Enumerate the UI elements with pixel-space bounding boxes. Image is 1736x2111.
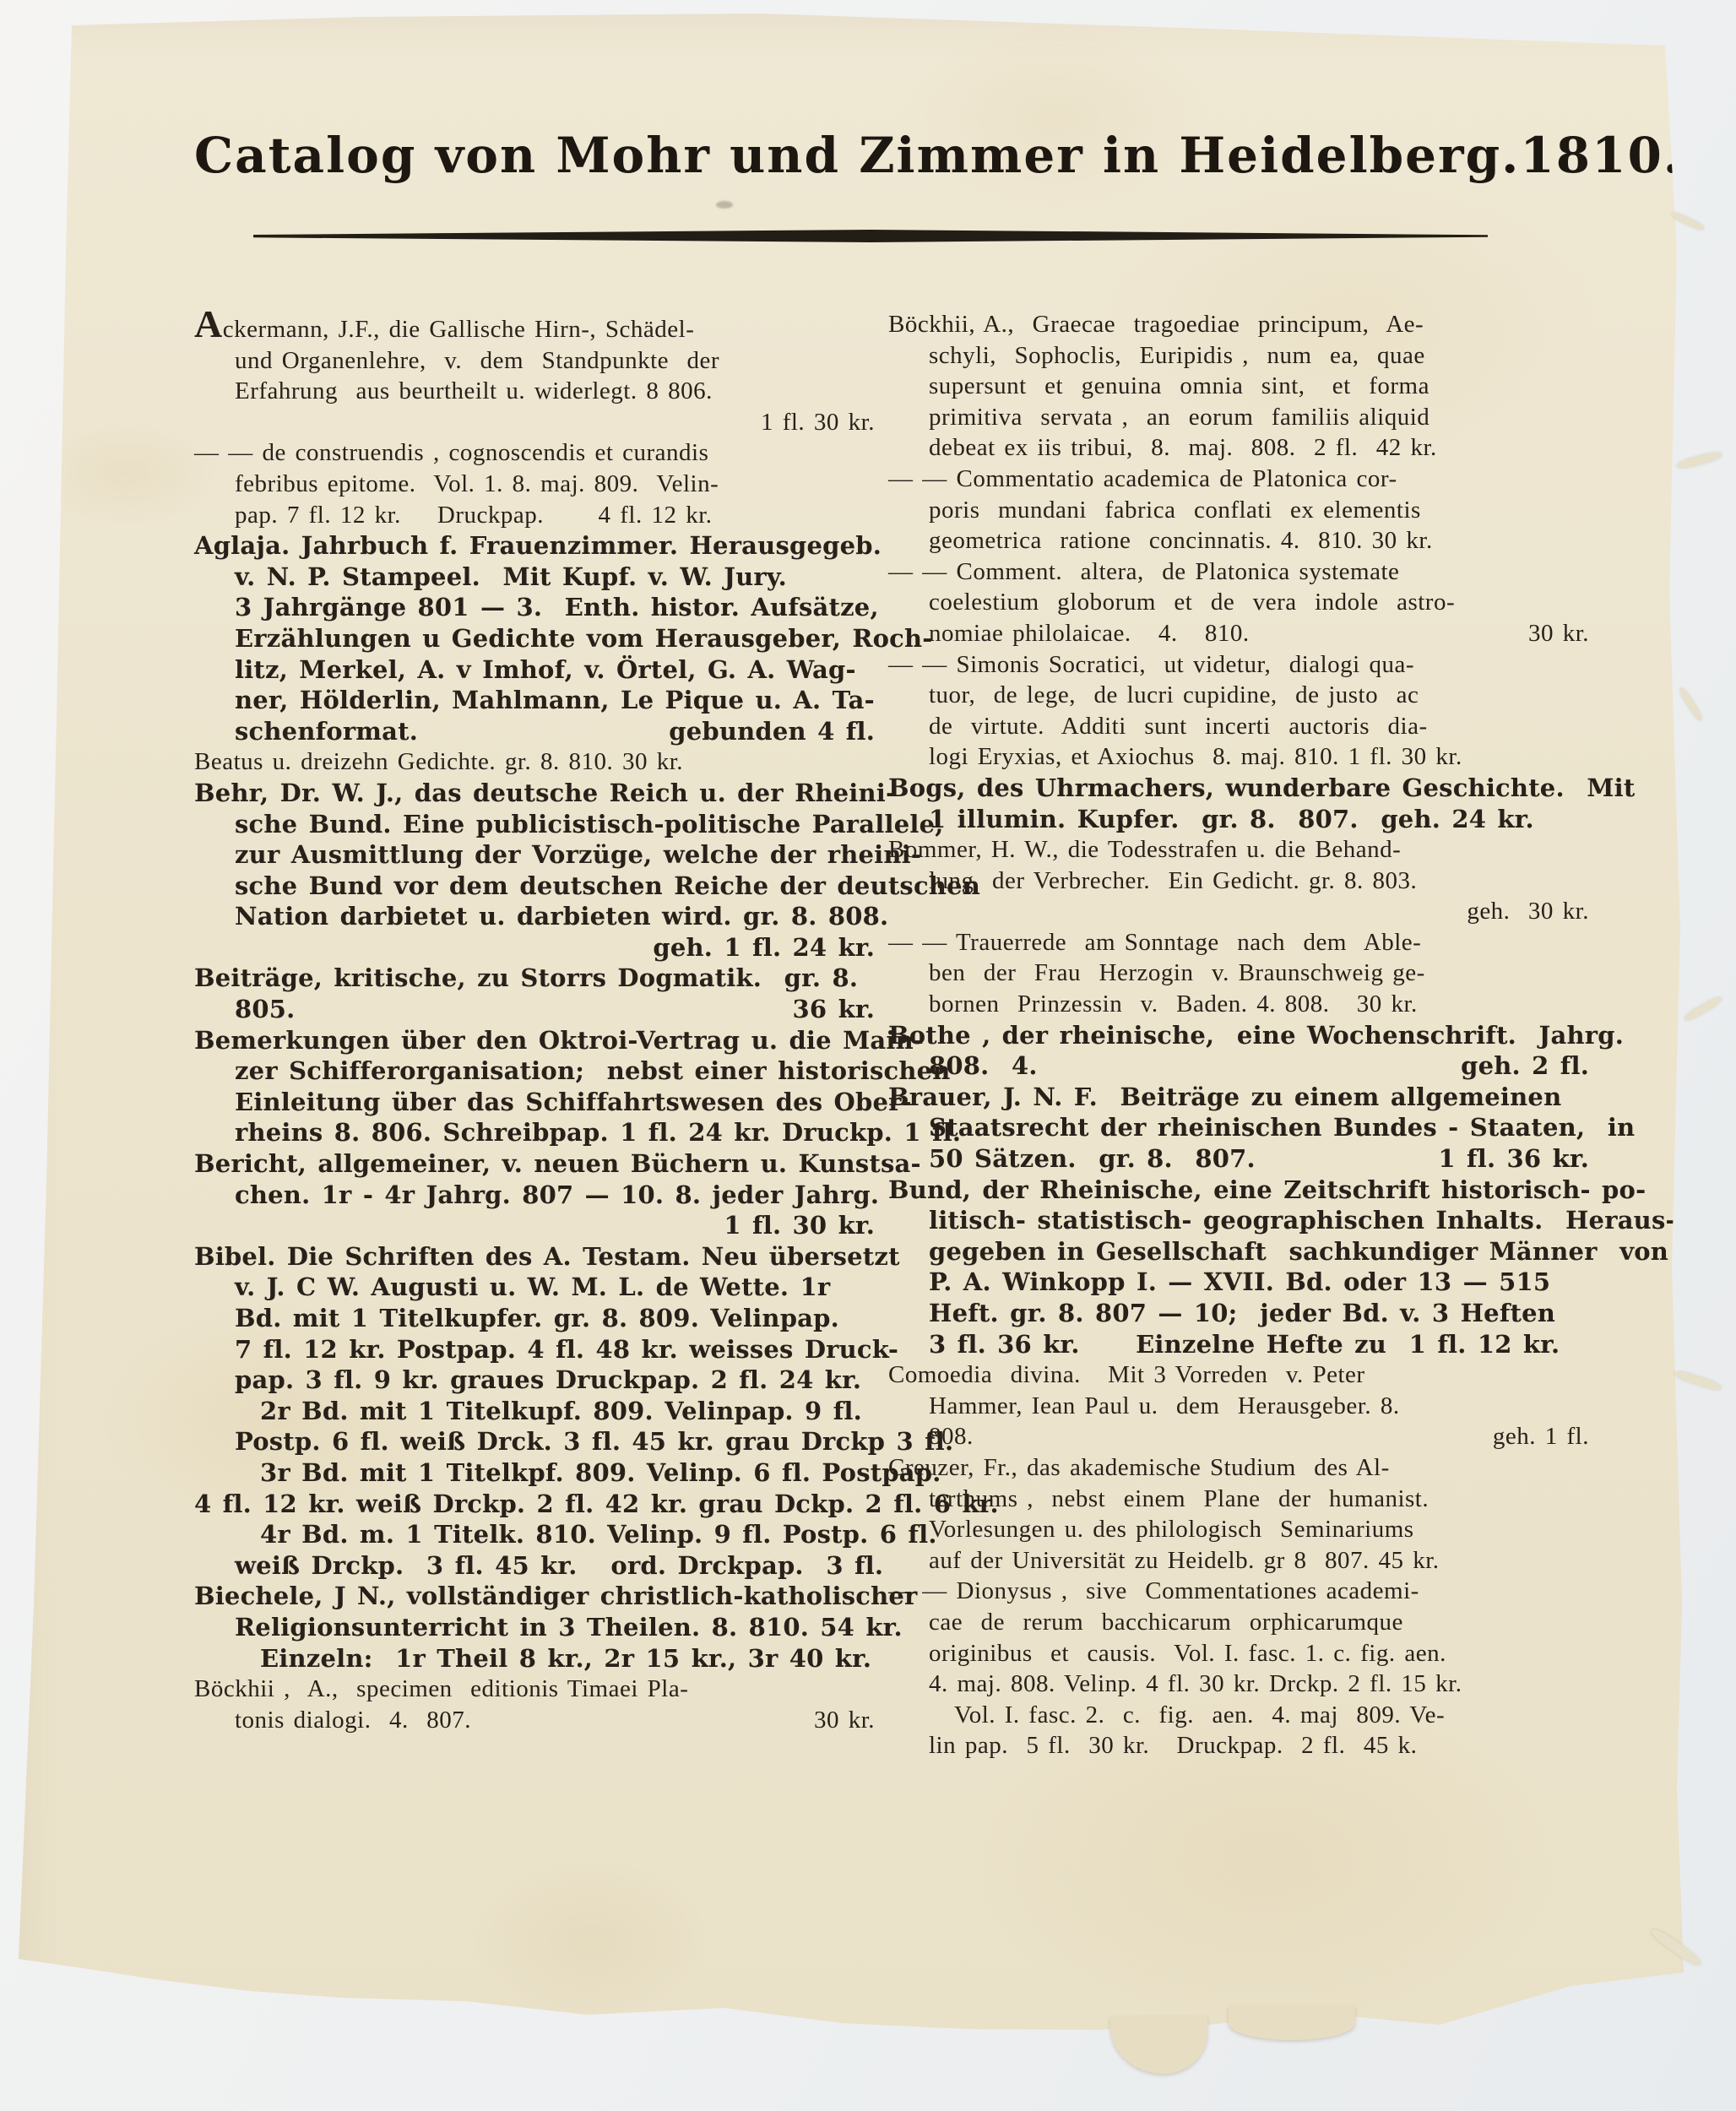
entry-line: 50 Sätzen. gr. 8. 807.1 fl. 36 kr. — [888, 1143, 1589, 1175]
entry-line: 4 fl. 12 kr. weiß Drckp. 2 fl. 42 kr. gr… — [194, 1489, 875, 1520]
catalog-entry: Creuzer, Fr., das akademische Studium de… — [888, 1452, 1589, 1576]
entry-line: debeat ex iis tribui, 8. maj. 808. 2 fl.… — [888, 432, 1589, 464]
entry-line: coelestium globorum et de vera indole as… — [888, 587, 1589, 618]
entry-line: Vorlesungen u. des philologisch Seminari… — [888, 1514, 1589, 1545]
entry-line: tuor, de lege, de lucri cupidine, de jus… — [888, 680, 1589, 711]
entry-line: Bericht, allgemeiner, v. neuen Büchern u… — [194, 1148, 875, 1180]
entry-line: schenformat.gebunden 4 fl. — [194, 716, 875, 747]
entry-line: terthums , nebst einem Plane der humanis… — [888, 1484, 1589, 1515]
entry-line: poris mundani fabrica conflati ex elemen… — [888, 495, 1589, 526]
entry-line-text: schenformat. — [235, 716, 418, 747]
entry-line: sche Bund vor dem deutschen Reiche der d… — [194, 871, 875, 902]
catalog-entry: Bibel. Die Schriften des A. Testam. Neu … — [194, 1241, 875, 1582]
entry-line: primitiva servata , an eorum familiis al… — [888, 402, 1589, 433]
entry-line-text: tonis dialogi. 4. 807. — [235, 1705, 471, 1736]
entry-line: auf der Universität zu Heidelb. gr 8 807… — [888, 1545, 1589, 1576]
entry-line: 7 fl. 12 kr. Postpap. 4 fl. 48 kr. weiss… — [194, 1334, 875, 1365]
entry-line: Behr, Dr. W. J., das deutsche Reich u. d… — [194, 778, 875, 809]
entry-line: gegeben in Gesellschaft sachkundiger Män… — [888, 1236, 1589, 1267]
paper-fiber — [1676, 450, 1723, 470]
catalog-entry: — — Trauerrede am Sonntage nach dem Able… — [888, 927, 1589, 1020]
catalog-entry: Aglaja. Jahrbuch f. Frauenzimmer. Heraus… — [194, 530, 875, 746]
entry-line: Einzeln: 1r Theil 8 kr., 2r 15 kr., 3r 4… — [194, 1643, 875, 1674]
entry-line: Ackermann, J.F., die Gallische Hirn-, Sc… — [194, 309, 875, 345]
entry-line: Heft. gr. 8. 807 — 10; jeder Bd. v. 3 He… — [888, 1298, 1589, 1329]
page-header: Catalog von Mohr und Zimmer in Heidelber… — [194, 127, 1564, 184]
entry-line: — — Commentatio academica de Platonica c… — [888, 464, 1589, 495]
entry-line: Religionsunterricht in 3 Theilen. 8. 810… — [194, 1612, 875, 1643]
entry-line: lung der Verbrecher. Ein Gedicht. gr. 8.… — [888, 866, 1589, 897]
entry-line: und Organenlehre, v. dem Standpunkte der — [194, 345, 875, 377]
column-left: Ackermann, J.F., die Gallische Hirn-, Sc… — [194, 309, 875, 1735]
entry-line: 3r Bd. mit 1 Titelkpf. 809. Velinp. 6 fl… — [194, 1457, 875, 1489]
column-right: Böckhii, A., Graecae tragoediae principu… — [888, 309, 1589, 1761]
entry-line-price: geh. 2 fl. — [1461, 1050, 1589, 1082]
entry-line: Beatus u. dreizehn Gedichte. gr. 8. 810.… — [194, 746, 875, 778]
paper-fiber — [1674, 1369, 1722, 1392]
page-year: 1810. — [1520, 127, 1682, 184]
entry-line-price: gebunden 4 fl. — [669, 716, 875, 747]
entry-line: 4. maj. 808. Velinp. 4 fl. 30 kr. Drckp.… — [888, 1669, 1589, 1700]
entry-line: Bibel. Die Schriften des A. Testam. Neu … — [194, 1241, 875, 1273]
entry-line: de virtute. Additi sunt incerti auctoris… — [888, 711, 1589, 742]
entry-line: Creuzer, Fr., das akademische Studium de… — [888, 1452, 1589, 1484]
entry-line: 1 illumin. Kupfer. gr. 8. 807. geh. 24 k… — [888, 804, 1589, 835]
entry-line: supersunt et genuina omnia sint, et form… — [888, 371, 1589, 402]
entry-line: Böckhii, A., Graecae tragoediae principu… — [888, 309, 1589, 340]
entry-line: Bothe , der rheinische, eine Wochenschri… — [888, 1020, 1589, 1051]
entry-line: lin pap. 5 fl. 30 kr. Druckpap. 2 fl. 45… — [888, 1730, 1589, 1761]
entry-line: febribus epitome. Vol. 1. 8. maj. 809. V… — [194, 469, 875, 500]
entry-line: Bd. mit 1 Titelkupfer. gr. 8. 809. Velin… — [194, 1303, 875, 1334]
catalog-entry: Brauer, J. N. F. Beiträge zu einem allge… — [888, 1082, 1589, 1175]
entry-line: Bund, der Rheinische, eine Zeitschrift h… — [888, 1175, 1589, 1206]
entry-line: Staatsrecht der rheinischen Bundes - Sta… — [888, 1112, 1589, 1143]
entry-line: 2r Bd. mit 1 Titelkupf. 809. Velinpap. 9… — [194, 1396, 875, 1427]
entry-line: — — Comment. altera, de Platonica system… — [888, 556, 1589, 588]
paper-fiber — [1678, 686, 1704, 722]
entry-line: tonis dialogi. 4. 807.30 kr. — [194, 1705, 875, 1736]
entry-line: Aglaja. Jahrbuch f. Frauenzimmer. Heraus… — [194, 530, 875, 562]
catalog-entry: Ackermann, J.F., die Gallische Hirn-, Sc… — [194, 309, 875, 437]
catalog-entry: Bothe , der rheinische, eine Wochenschri… — [888, 1020, 1589, 1082]
catalog-entry: Biechele, J N., vollständiger christlich… — [194, 1581, 875, 1674]
entry-line: zer Schifferorganisation; nebst einer hi… — [194, 1055, 875, 1087]
entry-line: 808. 4.geh. 2 fl. — [888, 1050, 1589, 1082]
entry-line: — — Simonis Socratici, ut videtur, dialo… — [888, 649, 1589, 681]
entry-line: Brauer, J. N. F. Beiträge zu einem allge… — [888, 1082, 1589, 1113]
entry-line: geh. 1 fl. 24 kr. — [194, 932, 875, 963]
entry-line: — — Trauerrede am Sonntage nach dem Able… — [888, 927, 1589, 958]
entry-line: 4r Bd. m. 1 Titelk. 810. Velinp. 9 fl. P… — [194, 1519, 875, 1550]
entry-line: Beiträge, kritische, zu Storrs Dogmatik.… — [194, 963, 875, 994]
entry-line: Böckhii , A., specimen editionis Timaei … — [194, 1674, 875, 1705]
catalog-entry: Beatus u. dreizehn Gedichte. gr. 8. 810.… — [194, 746, 875, 778]
entry-line-price: 1 fl. 36 kr. — [1438, 1143, 1589, 1175]
entry-line: — — de construendis , cognoscendis et cu… — [194, 437, 875, 469]
entry-line: Nation darbietet u. darbieten wird. gr. … — [194, 901, 875, 932]
catalog-entry: Bogs, des Uhrmachers, wunderbare Geschic… — [888, 773, 1589, 834]
entry-line: chen. 1r - 4r Jahrg. 807 — 10. 8. jeder … — [194, 1180, 875, 1211]
entry-line-text: 808. 4. — [929, 1050, 1038, 1082]
entry-line-text: 805. — [235, 994, 295, 1025]
entry-line: ben der Frau Herzogin v. Braunschweig ge… — [888, 958, 1589, 989]
entry-line: 1 fl. 30 kr. — [194, 407, 875, 438]
entry-line: litisch- statistisch- geographischen Inh… — [888, 1205, 1589, 1236]
entry-line: geh. 30 kr. — [888, 896, 1589, 927]
paper-fiber — [1683, 995, 1723, 1023]
entry-line: Postp. 6 fl. weiß Drck. 3 fl. 45 kr. gra… — [194, 1426, 875, 1457]
catalog-entry: Bericht, allgemeiner, v. neuen Büchern u… — [194, 1148, 875, 1241]
entry-line: Biechele, J N., vollständiger christlich… — [194, 1581, 875, 1612]
entry-line: Bemerkungen über den Oktroi-Vertrag u. d… — [194, 1025, 875, 1056]
header-rule — [253, 230, 1488, 242]
catalog-entry: Böckhii , A., specimen editionis Timaei … — [194, 1674, 875, 1735]
entry-line: cae de rerum bacchicarum orphicarumque — [888, 1607, 1589, 1638]
entry-line: P. A. Winkopp I. — XVII. Bd. oder 13 — 5… — [888, 1267, 1589, 1298]
entry-line: Vol. I. fasc. 2. c. fig. aen. 4. maj 809… — [888, 1700, 1589, 1731]
catalog-entry: — — Dionysus , sive Commentationes acade… — [888, 1576, 1589, 1761]
catalog-entry: — — de construendis , cognoscendis et cu… — [194, 437, 875, 530]
entry-line: 1 fl. 30 kr. — [194, 1210, 875, 1241]
entry-line: weiß Drckp. 3 fl. 45 kr. ord. Drckpap. 3… — [194, 1550, 875, 1582]
entry-line: bornen Prinzessin v. Baden. 4. 808. 30 k… — [888, 989, 1589, 1020]
catalog-entry: Bommer, H. W., die Todesstrafen u. die B… — [888, 834, 1589, 927]
entry-line: 808.geh. 1 fl. — [888, 1421, 1589, 1452]
entry-line-price: 30 kr. — [814, 1705, 875, 1736]
catalog-entry: — — Simonis Socratici, ut videtur, dialo… — [888, 649, 1589, 773]
entry-line: geometrica ratione concinnatis. 4. 810. … — [888, 525, 1589, 556]
entry-line: pap. 7 fl. 12 kr. Druckpap. 4 fl. 12 kr. — [194, 500, 875, 531]
entry-line: nomiae philolaicae. 4. 810.30 kr. — [888, 618, 1589, 649]
catalog-entry: Comoedia divina. Mit 3 Vorreden v. Peter… — [888, 1359, 1589, 1452]
ink-smudge — [716, 201, 733, 209]
entry-line: Erzählungen u Gedichte vom Herausgeber, … — [194, 623, 875, 654]
entry-line: v. N. P. Stampeel. Mit Kupf. v. W. Jury. — [194, 562, 875, 593]
entry-line-price: geh. 1 fl. — [1493, 1421, 1589, 1452]
catalog-entry: Behr, Dr. W. J., das deutsche Reich u. d… — [194, 778, 875, 963]
entry-line: 3 Jahrgänge 801 — 3. Enth. histor. Aufsä… — [194, 592, 875, 623]
catalog-entry: Bund, der Rheinische, eine Zeitschrift h… — [888, 1175, 1589, 1360]
paper-torn-flap — [1110, 2016, 1207, 2074]
entry-line: zur Ausmittlung der Vorzüge, welche der … — [194, 839, 875, 871]
entry-line-text: 808. — [929, 1421, 974, 1452]
catalog-entry: — — Comment. altera, de Platonica system… — [888, 556, 1589, 649]
catalog-entry: — — Commentatio academica de Platonica c… — [888, 464, 1589, 556]
entry-line: Hammer, Iean Paul u. dem Herausgeber. 8. — [888, 1391, 1589, 1422]
entry-line: Erfahrung aus beurtheilt u. widerlegt. 8… — [194, 376, 875, 407]
entry-line: litz, Merkel, A. v Imhof, v. Örtel, G. A… — [194, 654, 875, 686]
entry-line: v. J. C W. Augusti u. W. M. L. de Wette.… — [194, 1272, 875, 1303]
entry-line: logi Eryxias, et Axiochus 8. maj. 810. 1… — [888, 741, 1589, 773]
catalog-entry: Böckhii, A., Graecae tragoediae principu… — [888, 309, 1589, 464]
entry-line: — — Dionysus , sive Commentationes acade… — [888, 1576, 1589, 1607]
entry-line: Einleitung über das Schiffahrtswesen des… — [194, 1087, 875, 1118]
page-title: Catalog von Mohr und Zimmer in Heidelber… — [194, 127, 1520, 184]
entry-line-text: 50 Sätzen. gr. 8. 807. — [929, 1143, 1256, 1175]
entry-line: sche Bund. Eine publicistisch-politische… — [194, 809, 875, 840]
paper-torn-flap — [1229, 2006, 1355, 2040]
entry-line: Bogs, des Uhrmachers, wunderbare Geschic… — [888, 773, 1589, 804]
entry-line: pap. 3 fl. 9 kr. graues Druckpap. 2 fl. … — [194, 1365, 875, 1396]
entry-line-price: 30 kr. — [1528, 618, 1589, 649]
catalog-entry: Bemerkungen über den Oktroi-Vertrag u. d… — [194, 1025, 875, 1148]
entry-line-price: 36 kr. — [793, 994, 875, 1025]
entry-line: 805.36 kr. — [194, 994, 875, 1025]
catalog-page-paper: Catalog von Mohr und Zimmer in Heidelber… — [0, 0, 1736, 2111]
entry-line: ner, Hölderlin, Mahlmann, Le Pique u. A.… — [194, 685, 875, 716]
paper-fiber — [1670, 210, 1705, 231]
entry-line-text: nomiae philolaicae. 4. 810. — [929, 618, 1250, 649]
entry-line: Bommer, H. W., die Todesstrafen u. die B… — [888, 834, 1589, 866]
entry-line: 3 fl. 36 kr. Einzelne Hefte zu 1 fl. 12 … — [888, 1329, 1589, 1360]
entry-line: rheins 8. 806. Schreibpap. 1 fl. 24 kr. … — [194, 1117, 875, 1148]
entry-line: Comoedia divina. Mit 3 Vorreden v. Peter — [888, 1359, 1589, 1391]
entry-line: originibus et causis. Vol. I. fasc. 1. c… — [888, 1638, 1589, 1669]
entry-line: schyli, Sophoclis, Euripidis , num ea, q… — [888, 340, 1589, 372]
catalog-entry: Beiträge, kritische, zu Storrs Dogmatik.… — [194, 963, 875, 1024]
